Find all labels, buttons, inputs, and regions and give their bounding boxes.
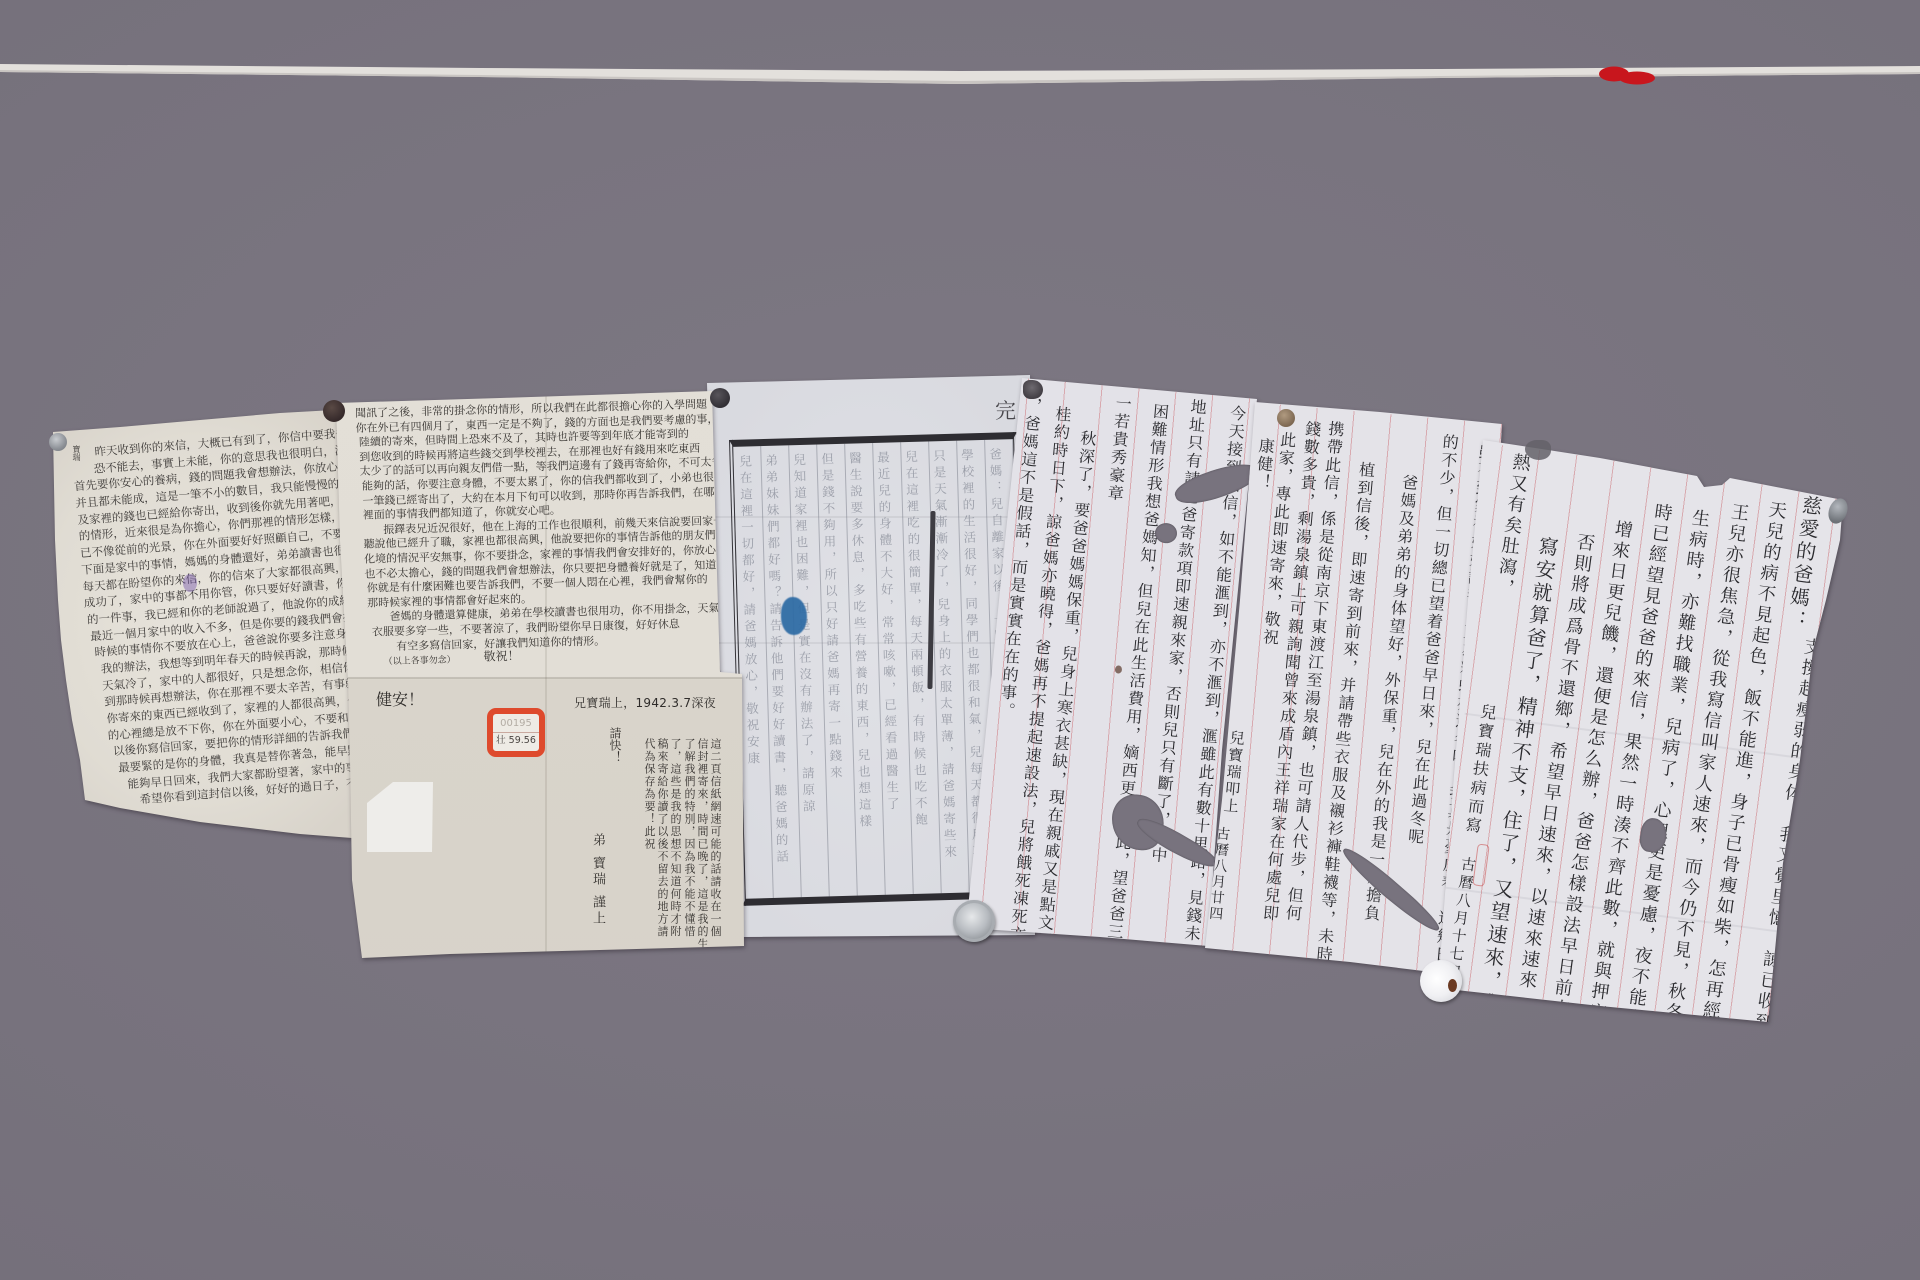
red-seal-stamp <box>1472 844 1489 887</box>
pushpin <box>1023 380 1043 399</box>
rust-spot <box>1448 979 1457 992</box>
letter-column: 熱又有矣肚瀉， <box>1489 451 1534 600</box>
pushpin <box>1277 409 1295 427</box>
pushpin <box>710 388 730 408</box>
silver-coin-magnet <box>953 900 995 942</box>
signature: 兒寶瑞扶病而寫 <box>1460 702 1500 837</box>
letter-6-ruled-body: 慈愛的爸媽： 支撐起瘦弱的身体，我又覺里憶，諒已收到，近來 天兒的病不見起色，飯… <box>1423 445 1852 1076</box>
mounting-tape <box>1525 440 1551 460</box>
letter-6: 慈愛的爸媽： 支撐起瘦弱的身体，我又覺里憶，諒已收到，近來 天兒的病不見起色，飯… <box>0 0 1920 1280</box>
white-magnet <box>1420 960 1462 1002</box>
pushpin <box>323 400 345 422</box>
pushpin <box>49 433 67 451</box>
display-board: 寶瑞 昨天收到你的來信，大概已有到了，你信中要我去接你的事 恐不能去，事實上未能… <box>0 0 1920 1280</box>
letter-6-paper: 慈愛的爸媽： 支撐起瘦弱的身体，我又覺里憶，諒已收到，近來 天兒的病不見起色，飯… <box>0 0 1920 1280</box>
